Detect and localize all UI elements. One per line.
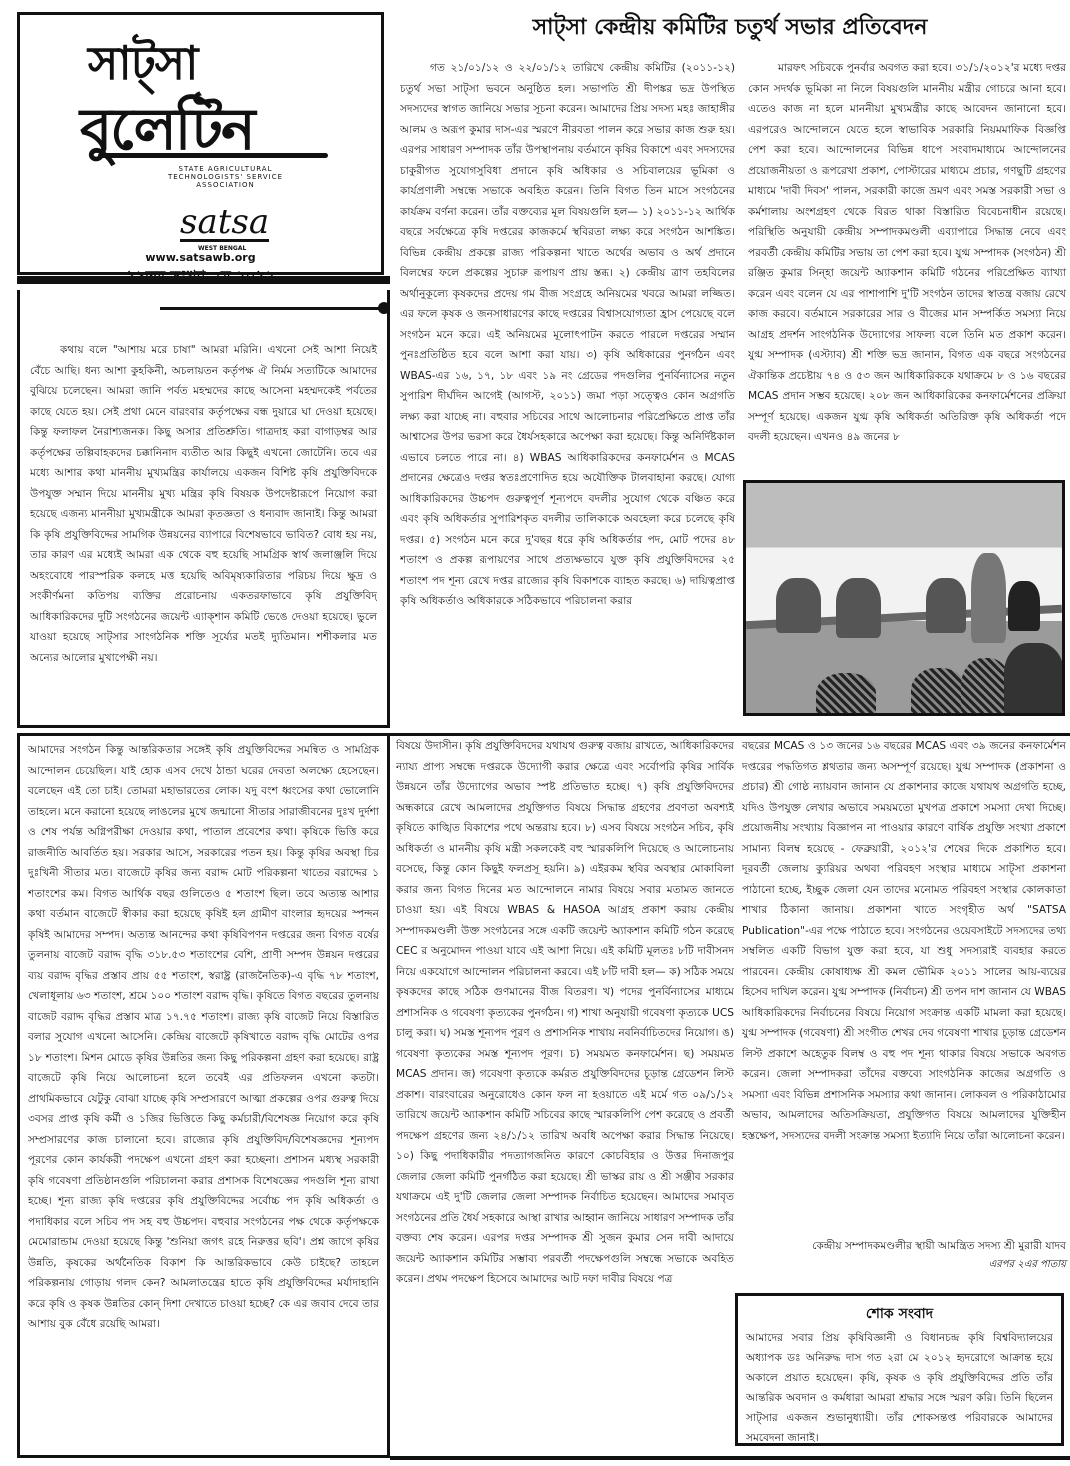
website-link[interactable]: www.satsawb.org	[20, 251, 381, 264]
photo-chair	[911, 668, 966, 716]
photo-person	[836, 578, 881, 638]
masthead-swash	[98, 153, 328, 158]
report-text: গত ২১/০১/১২ ও ২২/০১/১২ তারিখে কেন্দ্রীয়…	[400, 58, 735, 612]
satsa-logo: STATE AGRICULTURAL TECHNOLOGISTS' SERVIC…	[158, 165, 293, 247]
meeting-photo	[743, 480, 1065, 716]
logo-ring-text: STATE AGRICULTURAL TECHNOLOGISTS' SERVIC…	[158, 165, 293, 205]
photo-person	[776, 578, 821, 633]
editorial-text: আমাদের সংগঠন কিন্তু আন্তরিকতার সঙ্গেই কৃ…	[28, 740, 379, 1335]
bullet-dot-icon	[378, 302, 390, 314]
page-title: সাট্সা কেন্দ্রীয় কমিটির চতুর্থ সভার প্র…	[390, 10, 1070, 47]
divider-rule	[160, 307, 382, 310]
obituary-body: আমাদের সবার প্রিয় কৃষিবিজ্ঞানী ও বিধানচ…	[746, 1328, 1053, 1448]
report-text: বছরের MCAS ও ১৩ জনের ১৬ বছরের MCAS এবং ৩…	[742, 736, 1066, 1146]
photo-person	[1004, 643, 1064, 716]
masthead: সাট্সা বুলেটিন STATE AGRICULTURAL TECHNO…	[17, 12, 384, 275]
report-text: মারফৎ সচিবকে পুনর্বার অবগত করা হবে। ৩১/১…	[748, 58, 1066, 448]
obituary-box: শোক সংবাদ আমাদের সবার প্রিয় কৃষিবিজ্ঞান…	[735, 1293, 1064, 1446]
logo-wordmark: satsa	[180, 205, 269, 242]
report-column-1: গত ২১/০১/১২ ও ২২/০১/১২ তারিখে কেন্দ্রীয়…	[400, 58, 735, 728]
report-column-3: বিষয়ে উদাসীন। কৃষি প্রযুক্তিবিদদের যথায…	[396, 736, 734, 1458]
signature: কেন্দ্রীয় সম্পাদকমণ্ডলীর স্থায়ী আমন্ত্…	[742, 1236, 1066, 1257]
editorial-box: কথায় বলে "আশায় মরে চাষা" আমরা মরিনি। এ…	[17, 290, 390, 728]
report-column-4: বছরের MCAS ও ১৩ জনের ১৬ বছরের MCAS এবং ৩…	[742, 736, 1066, 1286]
continued-note: এরপর ২এর পাতায়	[742, 1257, 1066, 1274]
obituary-title: শোক সংবাদ	[746, 1302, 1053, 1326]
photo-chair	[816, 673, 876, 716]
photo-person	[1008, 581, 1040, 631]
masthead-bar	[17, 276, 390, 284]
photo-person	[926, 578, 966, 633]
editorial-continued: আমাদের সংগঠন কিন্তু আন্তরিকতার সঙ্গেই কৃ…	[17, 736, 390, 1458]
report-column-2: মারফৎ সচিবকে পুনর্বার অবগত করা হবে। ৩১/১…	[748, 58, 1066, 478]
report-text: বিষয়ে উদাসীন। কৃষি প্রযুক্তিবিদদের যথায…	[396, 736, 734, 1290]
bottom-rule	[390, 1456, 1070, 1460]
editorial-paragraph: কথায় বলে "আশায় মরে চাষা" আমরা মরিনি। এ…	[30, 340, 377, 668]
photo-person	[971, 553, 1006, 643]
